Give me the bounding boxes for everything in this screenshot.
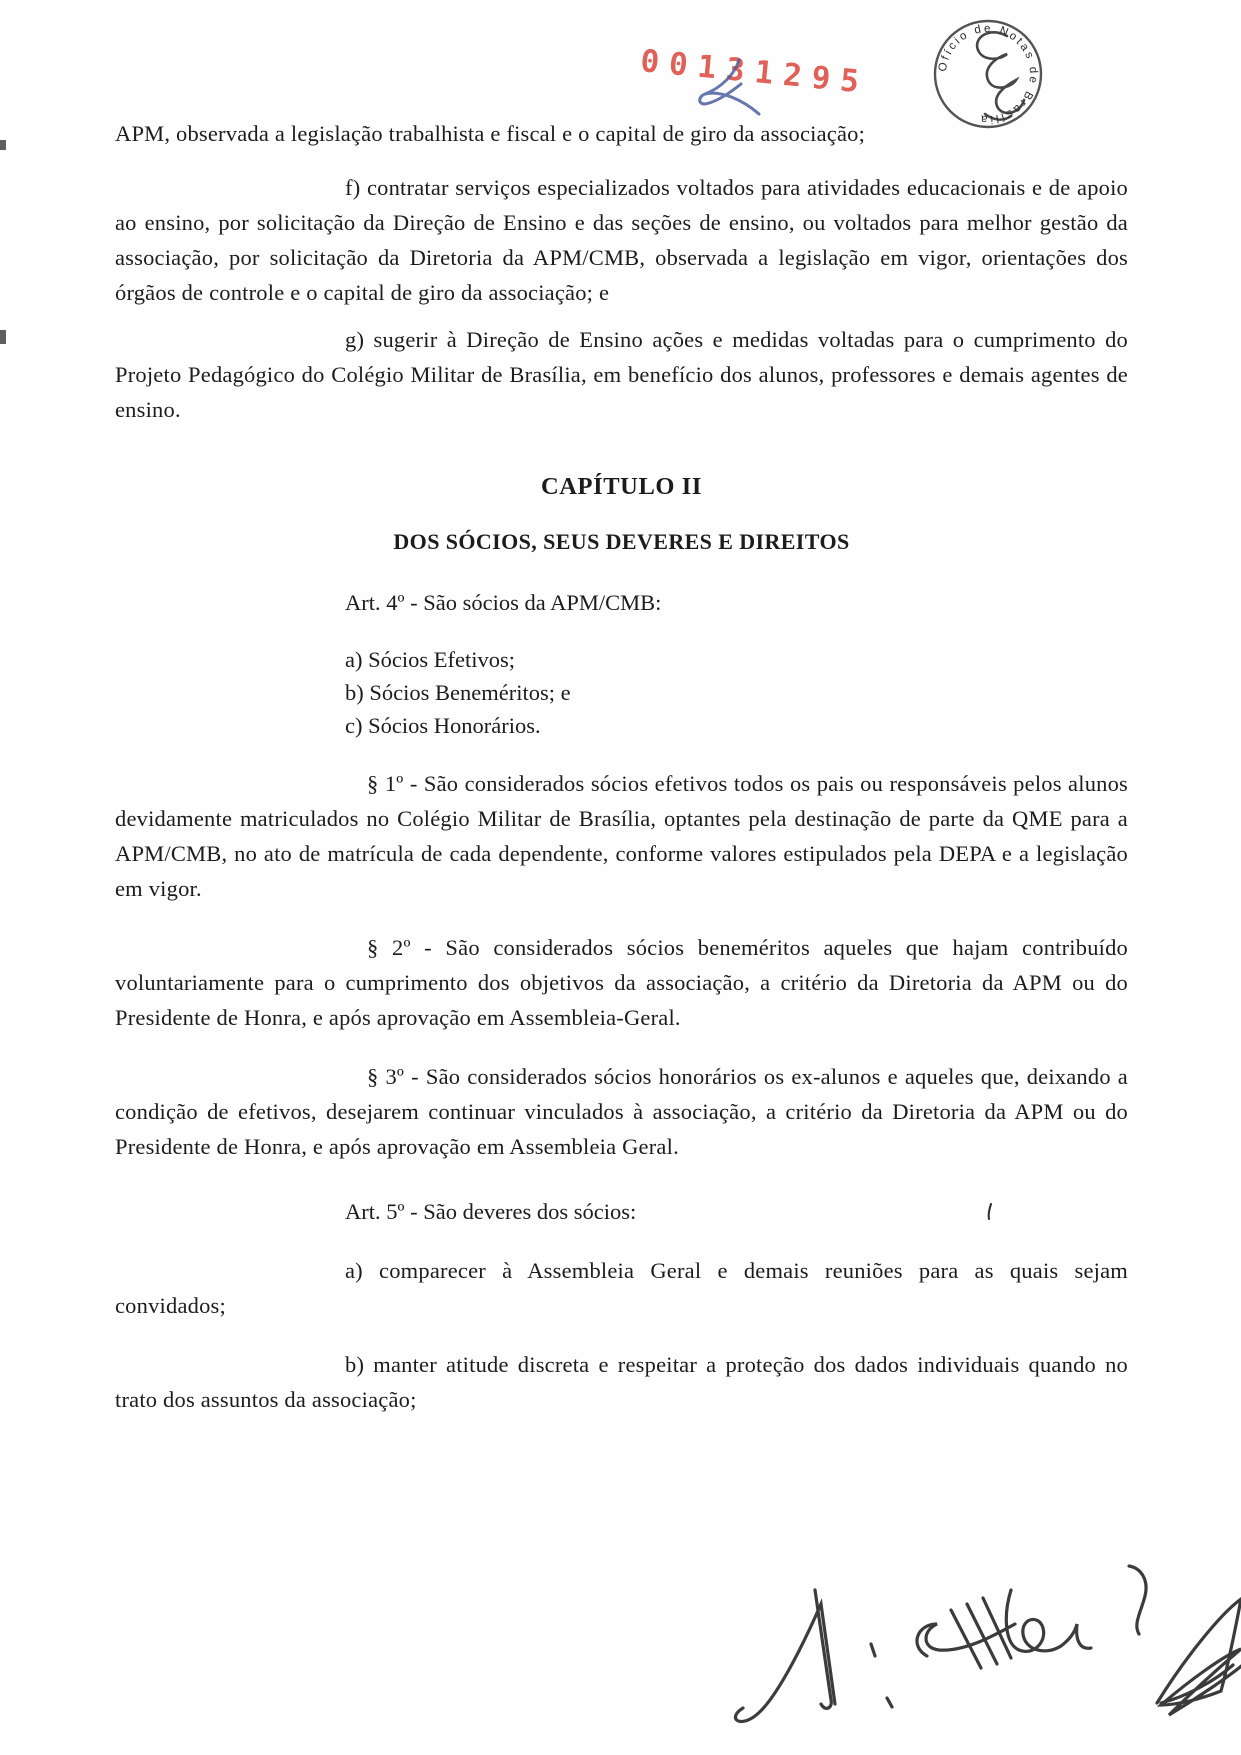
paragraph-3: § 3º - São considerados sócios honorário… bbox=[115, 1059, 1128, 1164]
signature-left bbox=[735, 1590, 892, 1721]
article-4-heading: Art. 4º - São sócios da APM/CMB: bbox=[345, 585, 1128, 620]
chapter-subtitle: DOS SÓCIOS, SEUS DEVERES E DIREITOS bbox=[115, 529, 1128, 555]
signature-right bbox=[1157, 1599, 1241, 1715]
chapter-title: CAPÍTULO II bbox=[115, 473, 1128, 501]
list-item: a) Sócios Efetivos; bbox=[345, 643, 1128, 676]
scan-artifact bbox=[0, 140, 6, 150]
paragraph-2: § 2º - São considerados sócios benemérit… bbox=[115, 930, 1128, 1035]
paragraph-1: § 1º - São considerados sócios efetivos … bbox=[115, 766, 1128, 906]
list-item: c) Sócios Honorários. bbox=[345, 709, 1128, 742]
continuation-line: APM, observada a legislação trabalhista … bbox=[115, 116, 1128, 151]
clause-g: g) sugerir à Direção de Ensino ações e m… bbox=[115, 322, 1128, 427]
signature-middle bbox=[917, 1566, 1146, 1668]
pen-tick-mark bbox=[983, 1202, 997, 1222]
document-body: APM, observada a legislação trabalhista … bbox=[115, 0, 1128, 1417]
clause-f: f) contratar serviços especializados vol… bbox=[115, 170, 1128, 310]
article-5-heading: Art. 5º - São deveres dos sócios: bbox=[345, 1194, 1128, 1229]
article-5-item-b: b) manter atitude discreta e respeitar a… bbox=[115, 1347, 1128, 1417]
article-4-items: a) Sócios Efetivos; b) Sócios Benemérito… bbox=[115, 643, 1128, 742]
article-5-item-a: a) comparecer à Assembleia Geral e demai… bbox=[115, 1253, 1128, 1323]
list-item: b) Sócios Beneméritos; e bbox=[345, 676, 1128, 709]
signatures-block bbox=[695, 1548, 1241, 1753]
scanned-document-page: 00131295 Ofício de Notas de Brasília APM… bbox=[0, 0, 1241, 1755]
scan-artifact bbox=[0, 330, 6, 344]
